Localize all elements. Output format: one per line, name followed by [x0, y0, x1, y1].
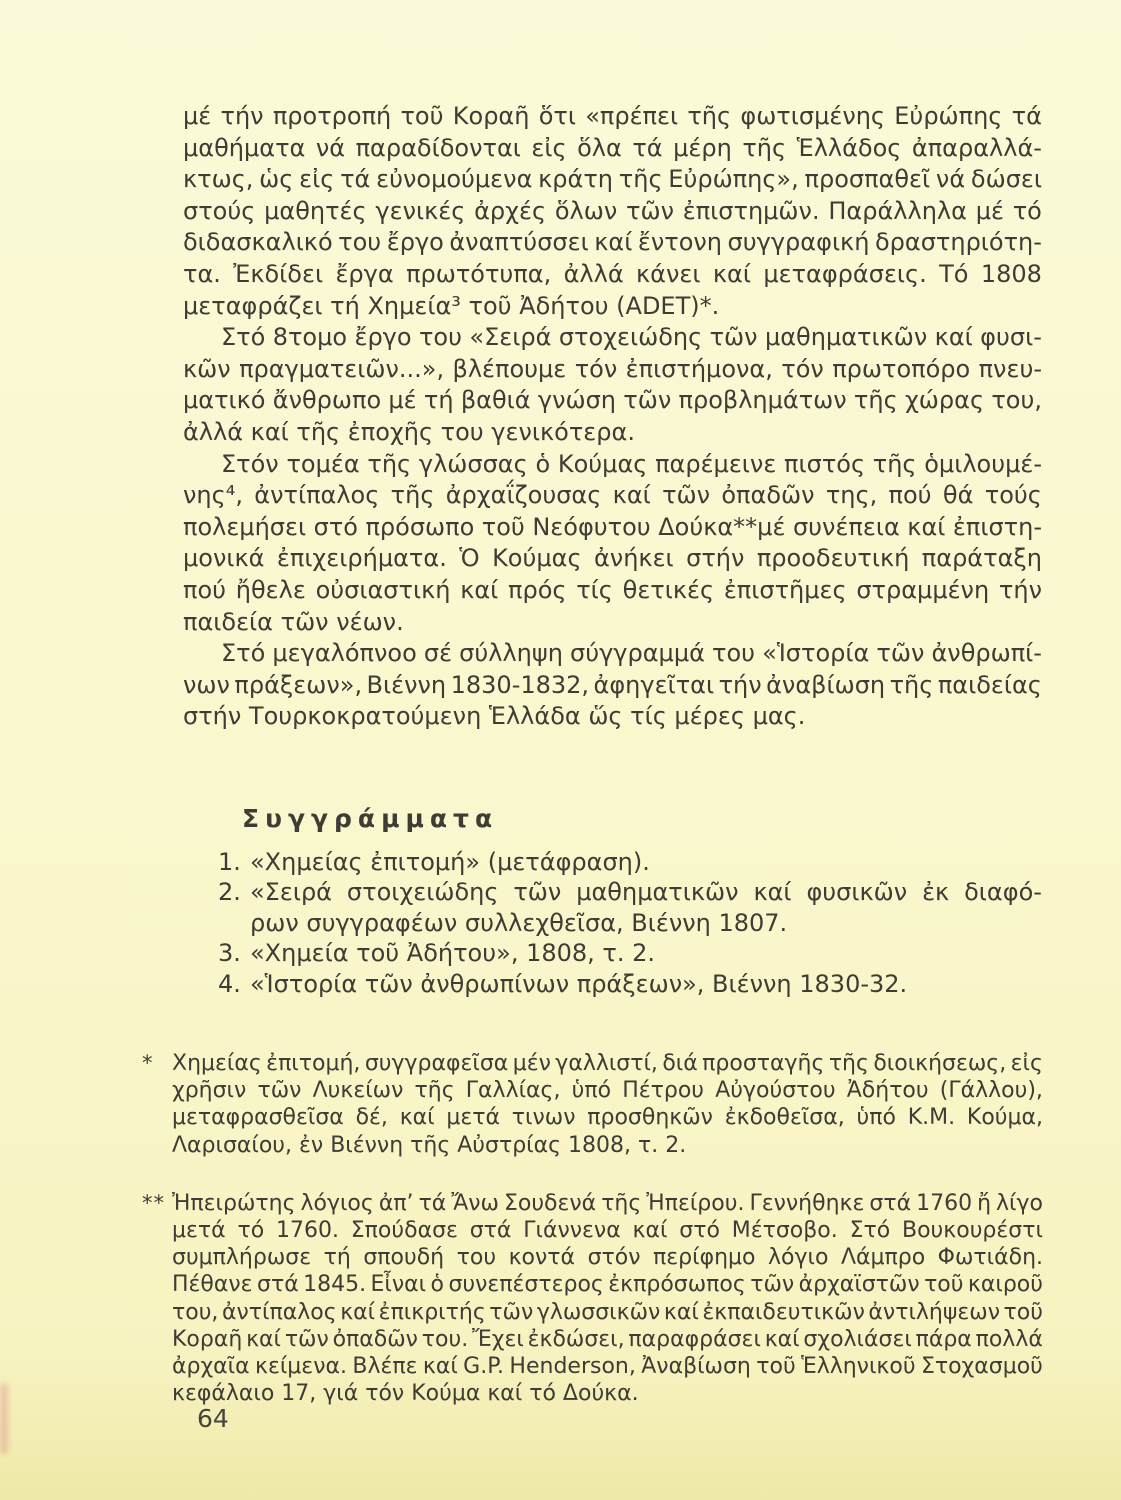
text-line: «Ἱστορία τῶν ἀνθρωπίνων πράξεων», Βιέννη…: [250, 969, 1042, 999]
list-item: 1.«Χημείας ἐπιτομή» (μετάφραση).: [218, 847, 1042, 877]
text-line: Χημείαςἐπιτομή,συγγραφεῖσαμένγαλλιστί,δι…: [172, 1050, 1043, 1077]
works-section: Συγγράμματα 1.«Χημείας ἐπιτομή» (μετάφρα…: [218, 804, 1042, 999]
text-line: κεφάλαιο 17, γιά τόν Κούμα καί τό Δούκα.: [172, 1380, 1043, 1407]
text-line: διδασκαλικότουἔργοἀναπτύσσεικαίἔντονησυγ…: [183, 227, 1042, 259]
list-item: 3.«Χημεία τοῦ Ἀδήτου», 1808, τ. 2.: [218, 938, 1042, 968]
list-item-text: «Χημείας ἐπιτομή» (μετάφραση).: [250, 847, 1042, 877]
footnote-marker: *: [142, 1050, 170, 1077]
text-line: «Σειράστοιχειώδηςτῶνμαθηματικῶνκαίφυσικῶ…: [250, 877, 1042, 907]
text-line: συμπλήρωσετήσπουδήτουκοντάστόνπερίφημολό…: [172, 1244, 1043, 1271]
text-line: Ἠπειρώτηςλόγιοςἀπ’τάἌνωΣουδενάτῆςἨπείρου…: [172, 1190, 1043, 1217]
text-line: Στόμεγαλόπνοοσέσύλληψησύγγραμμάτου«Ἱστορ…: [183, 638, 1042, 670]
body-paragraph: μέτήνπροτροπήτοῦΚοραῆὅτι«πρέπειτῆςφωτισμ…: [183, 101, 1042, 322]
text-line: Κοραῆκαίτῶνὀπαδῶντου.Ἔχειἐκδώσει,παραφρά…: [172, 1326, 1043, 1353]
text-line: Στό8τομοἔργοτου«Σειράστοχειώδηςτῶνμαθημα…: [183, 322, 1042, 354]
list-item-text: «Σειράστοιχειώδηςτῶνμαθηματικῶνκαίφυσικῶ…: [250, 877, 1042, 938]
body-text: μέτήνπροτροπήτοῦΚοραῆὅτι«πρέπειτῆςφωτισμ…: [183, 101, 1042, 733]
text-line: ρων συγγραφέων συλλεχθεῖσα, Βιέννη 1807.: [250, 908, 1042, 938]
list-item-text: «Ἱστορία τῶν ἀνθρωπίνων πράξεων», Βιέννη…: [250, 969, 1042, 999]
works-list: 1.«Χημείας ἐπιτομή» (μετάφραση).2.«Σειρά…: [218, 847, 1042, 999]
list-item-number: 3.: [218, 938, 250, 968]
text-line: μεταφράζει τή Χημεία³ τοῦ Ἀδήτου (ADET)*…: [183, 291, 1042, 323]
text-line: πούἤθελεοὐσιαστικήκαίπρόςτίςθετικέςἐπιστ…: [183, 575, 1042, 607]
text-line: μετάτό1760.ΣπούδασεστάΓιάννενακαίστόΜέτσ…: [172, 1217, 1043, 1244]
text-line: μέτήνπροτροπήτοῦΚοραῆὅτι«πρέπειτῆςφωτισμ…: [183, 101, 1042, 133]
list-item: 4.«Ἱστορία τῶν ἀνθρωπίνων πράξεων», Βιέν…: [218, 969, 1042, 999]
text-line: του,ἀντίπαλοςκαίἐπικριτήςτῶνγλωσσικῶνκαί…: [172, 1299, 1043, 1326]
text-line: στήν Τουρκοκρατούμενη Ἑλλάδα ὥς τίς μέρε…: [183, 701, 1042, 733]
footnote: **Ἠπειρώτηςλόγιοςἀπ’τάἌνωΣουδενάτῆςἨπείρ…: [172, 1190, 1043, 1408]
text-line: ΣτόντομέατῆςγλώσσαςὁΚούμαςπαρέμεινεπιστό…: [183, 449, 1042, 481]
scanned-book-page: μέτήνπροτροπήτοῦΚοραῆὅτι«πρέπειτῆςφωτισμ…: [0, 0, 1121, 1500]
page-number: 64: [197, 1404, 229, 1433]
text-line: ματικόἄνθρωπομέτήβαθιάγνώσητῶνπροβλημάτω…: [183, 385, 1042, 417]
footnotes: *Χημείαςἐπιτομή,συγγραφεῖσαμένγαλλιστί,δ…: [172, 1050, 1043, 1438]
works-heading: Συγγράμματα: [242, 804, 1042, 833]
text-line: Λαρισαίου, ἐν Βιέννη τῆς Αὐστρίας 1808, …: [172, 1132, 1043, 1159]
text-line: χρῆσιντῶνΛυκείωντῆςΓαλλίας,ὑπόΠέτρουΑὐγο…: [172, 1077, 1043, 1104]
text-line: «Χημεία τοῦ Ἀδήτου», 1808, τ. 2.: [250, 938, 1042, 968]
body-paragraph: Στό8τομοἔργοτου«Σειράστοχειώδηςτῶνμαθημα…: [183, 322, 1042, 448]
text-line: στούςμαθητέςγενικέςἀρχέςὅλωντῶνἐπιστημῶν…: [183, 196, 1042, 228]
scan-smudge: [0, 1384, 8, 1454]
text-line: νωνπράξεων»,Βιέννη1830-1832,ἀφηγεῖταιτήν…: [183, 670, 1042, 702]
list-item-number: 4.: [218, 969, 250, 999]
text-line: τα.Ἐκδίδειἔργαπρωτότυπα,ἀλλάκάνεικαίμετα…: [183, 259, 1042, 291]
body-paragraph: Στόμεγαλόπνοοσέσύλληψησύγγραμμάτου«Ἱστορ…: [183, 638, 1042, 733]
list-item-text: «Χημεία τοῦ Ἀδήτου», 1808, τ. 2.: [250, 938, 1042, 968]
text-line: πολεμήσειστόπρόσωποτοῦΝεόφυτουΔούκα**μέσ…: [183, 512, 1042, 544]
body-paragraph: ΣτόντομέατῆςγλώσσαςὁΚούμαςπαρέμεινεπιστό…: [183, 449, 1042, 639]
text-line: κῶνπραγματειῶν...»,βλέπουμετόνἐπιστήμονα…: [183, 354, 1042, 386]
text-line: ἀρχαῖακείμενα.ΒλέπεκαίG.P.Henderson,Ἀναβ…: [172, 1353, 1043, 1380]
text-line: μαθήματανάπαραδίδονταιεἰςὅλατάμέρητῆςἙλλ…: [183, 133, 1042, 165]
text-line: νης⁴,ἀντίπαλοςτῆςἀρχαΐζουσαςκαίτῶνὀπαδῶν…: [183, 480, 1042, 512]
text-line: Πέθανεστά1845.Εἶναιὁσυνεπέστεροςἐκπρόσωπ…: [172, 1271, 1043, 1298]
text-line: κτως,ὡςεἰςτάεὐνομούμενακράτητῆςΕὐρώπης»,…: [183, 164, 1042, 196]
list-item: 2.«Σειράστοιχειώδηςτῶνμαθηματικῶνκαίφυσι…: [218, 877, 1042, 938]
list-item-number: 1.: [218, 847, 250, 877]
footnote-marker: **: [142, 1190, 170, 1217]
footnote: *Χημείαςἐπιτομή,συγγραφεῖσαμένγαλλιστί,δ…: [172, 1050, 1043, 1159]
text-line: παιδεία τῶν νέων.: [183, 607, 1042, 639]
text-line: ἀλλά καί τῆς ἐποχῆς του γενικότερα.: [183, 417, 1042, 449]
text-line: μονικάἐπιχειρήματα.ὉΚούμαςἀνήκειστήνπροο…: [183, 543, 1042, 575]
text-line: μεταφρασθεῖσαδέ,καίμετάτινωνπροσθηκῶνἐκδ…: [172, 1104, 1043, 1131]
text-line: «Χημείας ἐπιτομή» (μετάφραση).: [250, 847, 1042, 877]
list-item-number: 2.: [218, 877, 250, 938]
